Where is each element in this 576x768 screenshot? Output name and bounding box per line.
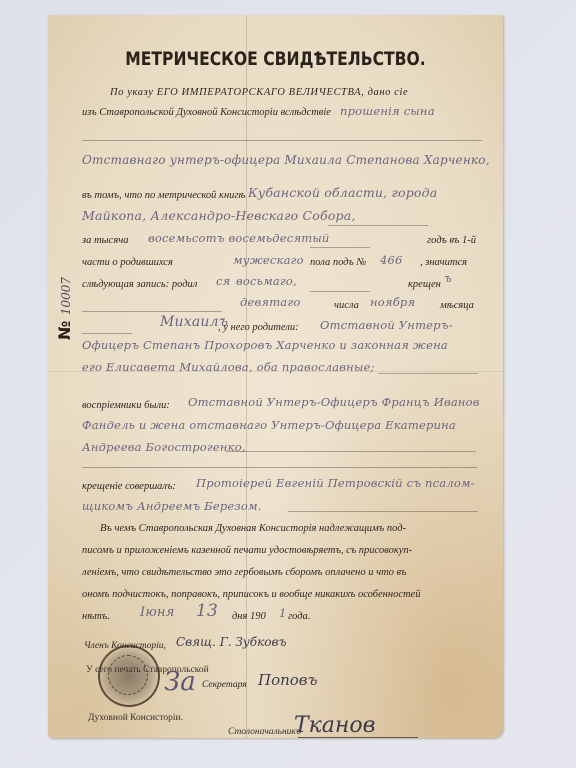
fold-line-vertical xyxy=(246,15,247,738)
handwritten-year-suffix: 1 xyxy=(279,606,287,620)
label-listed: , значится xyxy=(420,257,467,268)
handwritten-month: ноября xyxy=(370,295,415,309)
handwritten-gender: мужескаго xyxy=(233,253,304,267)
label-record: слѣдующая запись: родил xyxy=(82,279,197,290)
label-parents: , у него родители: xyxy=(218,322,299,333)
issue-prefix: нѣтъ. xyxy=(82,611,110,622)
signature-secretary: Поповъ xyxy=(258,671,318,689)
handwritten-baptized-suffix: ъ xyxy=(444,271,452,285)
signature-underline xyxy=(298,737,418,738)
rule xyxy=(328,225,428,226)
label-metric-book: въ томъ, что по метрической книгѣ xyxy=(82,190,246,201)
label-godparents: воспріемники были: xyxy=(82,400,170,411)
rule xyxy=(82,311,222,312)
issue-year-label: года. xyxy=(288,611,310,622)
handwritten-born-day: восьмаго, xyxy=(236,274,297,288)
label-secretary: Секретаря xyxy=(202,680,247,690)
rule xyxy=(378,373,478,374)
rule xyxy=(310,291,370,292)
handwritten-parents-1: Отставной Унтеръ- xyxy=(320,318,453,332)
rule xyxy=(82,333,132,334)
label-year-part: годъ въ 1-й xyxy=(427,235,476,246)
handwritten-priest-2: щикомъ Андреемъ Березом. xyxy=(82,499,262,513)
handwritten-parents-2: Офицеръ Степанъ Прохоровъ Харченко и зак… xyxy=(82,338,448,352)
certificate-paper: МЕТРИЧЕСКОЕ СВИДѢТЕЛЬСТВО. По указу ЕГО … xyxy=(48,15,503,738)
rule xyxy=(82,140,482,141)
signature-secretary-prefix: За xyxy=(164,667,196,697)
label-baptized: крещен xyxy=(408,279,441,290)
label-day: числа xyxy=(334,300,359,311)
rule xyxy=(310,247,370,248)
handwritten-godparents-2: Фандель и жена отставнаго Унтеръ-Офицера… xyxy=(82,418,456,432)
handwritten-issue-month: Іюня xyxy=(140,605,175,620)
signature-member: Свящ. Г. Зубковъ xyxy=(176,635,286,649)
handwritten-petition: прошенія сына xyxy=(340,104,435,118)
handwritten-godparents-3: Андреева Богострогенко, xyxy=(82,440,246,454)
document-title: МЕТРИЧЕСКОЕ СВИДѢТЕЛЬСТВО. xyxy=(89,48,462,70)
attestation-line-2: писомъ и приложеніемъ казенной печати уд… xyxy=(82,545,412,556)
label-thousand: за тысяча xyxy=(82,235,128,246)
label-clerk: Столоначальникъ xyxy=(228,727,301,737)
intro-line-1: По указу ЕГО ИМПЕРАТОРСКАГО ВЕЛИЧЕСТВА, … xyxy=(110,87,408,98)
label-seal-bottom: Духовной Консисторіи. xyxy=(88,713,183,723)
attestation-line-3: леніемъ, что свидѣтельство это гербовымъ… xyxy=(82,567,406,578)
handwritten-baptism-day: девятаго xyxy=(240,295,301,309)
intro-line-2: изъ Ставропольской Духовной Консисторіи … xyxy=(82,107,331,118)
handwritten-year-words: восемьсотъ восемьдесятый xyxy=(148,231,330,245)
rule xyxy=(82,467,477,468)
label-baptism-performed: крещеніе совершалъ: xyxy=(82,481,176,492)
issue-day-label: дня 190 xyxy=(232,611,266,622)
rule xyxy=(288,511,478,512)
handwritten-certificate-number: 10007 xyxy=(59,277,73,315)
label-births-part: части о родившихся xyxy=(82,257,173,268)
consistory-seal-stamp xyxy=(98,645,160,707)
handwritten-parents-3: его Елисавета Михайлова, оба православны… xyxy=(82,360,375,374)
handwritten-born-suffix: ся xyxy=(216,274,230,288)
signature-clerk: Тканов xyxy=(294,713,375,738)
certificate-number-stamp: № 10007 xyxy=(55,277,74,340)
attestation-line-4: ономъ подчистокъ, поправокъ, приписокъ и… xyxy=(82,589,420,600)
handwritten-issue-day: 13 xyxy=(196,601,218,621)
label-gender-no: пола подъ № xyxy=(310,257,366,268)
number-prefix: № xyxy=(55,321,74,340)
handwritten-petitioner: Отставнаго унтеръ-офицера Михаила Степан… xyxy=(82,153,490,167)
handwritten-book-place-2: Майкопа, Александро-Невскаго Собора, xyxy=(82,208,356,223)
handwritten-priest-1: Протоіерей Евгеній Петровскій съ псалом- xyxy=(196,476,475,490)
rule xyxy=(226,451,476,452)
handwritten-record-number: 466 xyxy=(380,253,403,267)
label-month: мѣсяца xyxy=(440,300,474,311)
attestation-line-1: Въ чемъ Ставропольская Духовная Консисто… xyxy=(100,523,406,534)
handwritten-godparents-1: Отставной Унтеръ-Офицеръ Францъ Иванов xyxy=(188,395,480,409)
handwritten-book-place: Кубанской области, города xyxy=(248,185,437,200)
